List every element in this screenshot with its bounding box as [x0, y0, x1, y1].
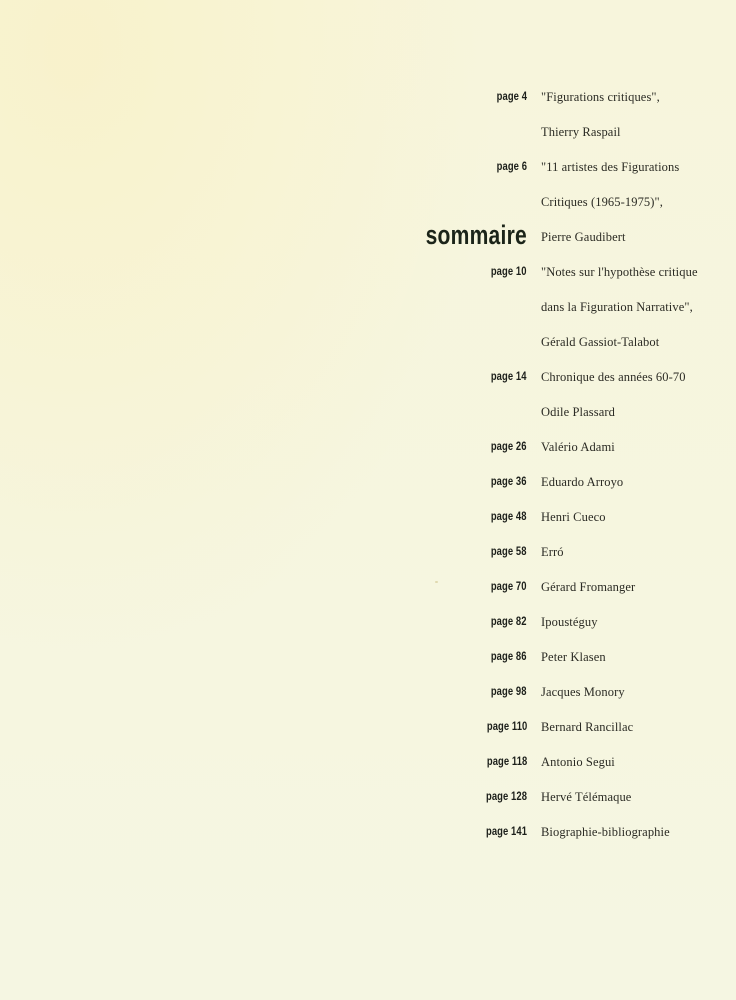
toc-row: page 118 Antonio Segui	[0, 751, 736, 786]
page-number: page 141	[486, 826, 527, 838]
entry-text: Henri Cueco	[541, 510, 606, 525]
toc-row: page 98 Jacques Monory	[0, 681, 736, 716]
page-number: page 70	[491, 581, 527, 593]
page-number: page 14	[491, 371, 527, 383]
page-number: page 98	[491, 686, 527, 698]
page-number: page 10	[491, 266, 527, 278]
entry-text: Thierry Raspail	[541, 125, 621, 140]
toc-row: sommaire Pierre Gaudibert	[0, 226, 736, 261]
toc-row: page 128 Hervé Télémaque	[0, 786, 736, 821]
toc-row: page 4 "Figurations critiques",	[0, 86, 736, 121]
entry-text: Ipoustéguy	[541, 615, 598, 630]
toc-row: Critiques (1965-1975)",	[0, 191, 736, 226]
entry-text: Chronique des années 60-70	[541, 370, 686, 385]
page-number: page 48	[491, 511, 527, 523]
entry-text: Odile Plassard	[541, 405, 615, 420]
page-number: page 82	[491, 616, 527, 628]
entry-text: Gérard Fromanger	[541, 580, 635, 595]
toc-row: page 36 Eduardo Arroyo	[0, 471, 736, 506]
page-number: page 128	[486, 791, 527, 803]
entry-text: Peter Klasen	[541, 650, 606, 665]
entry-text: "Notes sur l'hypothèse critique	[541, 265, 698, 280]
toc-row: page 58 Erró	[0, 541, 736, 576]
entry-text: Jacques Monory	[541, 685, 625, 700]
page-number: page 86	[491, 651, 527, 663]
toc-row: page 26 Valério Adami	[0, 436, 736, 471]
entry-text: Biographie-bibliographie	[541, 825, 670, 840]
entry-text: Pierre Gaudibert	[541, 230, 626, 245]
toc-row: dans la Figuration Narrative",	[0, 296, 736, 331]
toc-row: page 110 Bernard Rancillac	[0, 716, 736, 751]
page-number: page 58	[491, 546, 527, 558]
toc-row: page 6 "11 artistes des Figurations	[0, 156, 736, 191]
toc-row: Odile Plassard	[0, 401, 736, 436]
entry-text: Erró	[541, 545, 564, 560]
page-number: page 36	[491, 476, 527, 488]
toc-row: page 14 Chronique des années 60-70	[0, 366, 736, 401]
entry-text: dans la Figuration Narrative",	[541, 300, 693, 315]
toc-row: page 141 Biographie-bibliographie	[0, 821, 736, 856]
page-number: page 6	[497, 161, 527, 173]
entry-text: Bernard Rancillac	[541, 720, 633, 735]
page-number: page 118	[486, 756, 527, 768]
toc-row: page 48 Henri Cueco	[0, 506, 736, 541]
toc-row: page 82 Ipoustéguy	[0, 611, 736, 646]
toc-row: Thierry Raspail	[0, 121, 736, 156]
toc-row: page 70 Gérard Fromanger	[0, 576, 736, 611]
toc-row: Gérald Gassiot-Talabot	[0, 331, 736, 366]
entry-text: "11 artistes des Figurations	[541, 160, 679, 175]
entry-text: Valério Adami	[541, 440, 615, 455]
entry-text: "Figurations critiques",	[541, 90, 660, 105]
page-number: page 110	[486, 721, 527, 733]
document-page: page 4 "Figurations critiques", Thierry …	[0, 0, 736, 1000]
table-of-contents: page 4 "Figurations critiques", Thierry …	[0, 86, 736, 856]
entry-text: Eduardo Arroyo	[541, 475, 623, 490]
entry-text: Gérald Gassiot-Talabot	[541, 335, 659, 350]
entry-text: Critiques (1965-1975)",	[541, 195, 663, 210]
page-title: sommaire	[426, 220, 527, 251]
entry-text: Antonio Segui	[541, 755, 615, 770]
page-number: page 26	[491, 441, 527, 453]
page-number: page 4	[497, 91, 527, 103]
toc-row: page 86 Peter Klasen	[0, 646, 736, 681]
toc-row: page 10 "Notes sur l'hypothèse critique	[0, 261, 736, 296]
entry-text: Hervé Télémaque	[541, 790, 631, 805]
